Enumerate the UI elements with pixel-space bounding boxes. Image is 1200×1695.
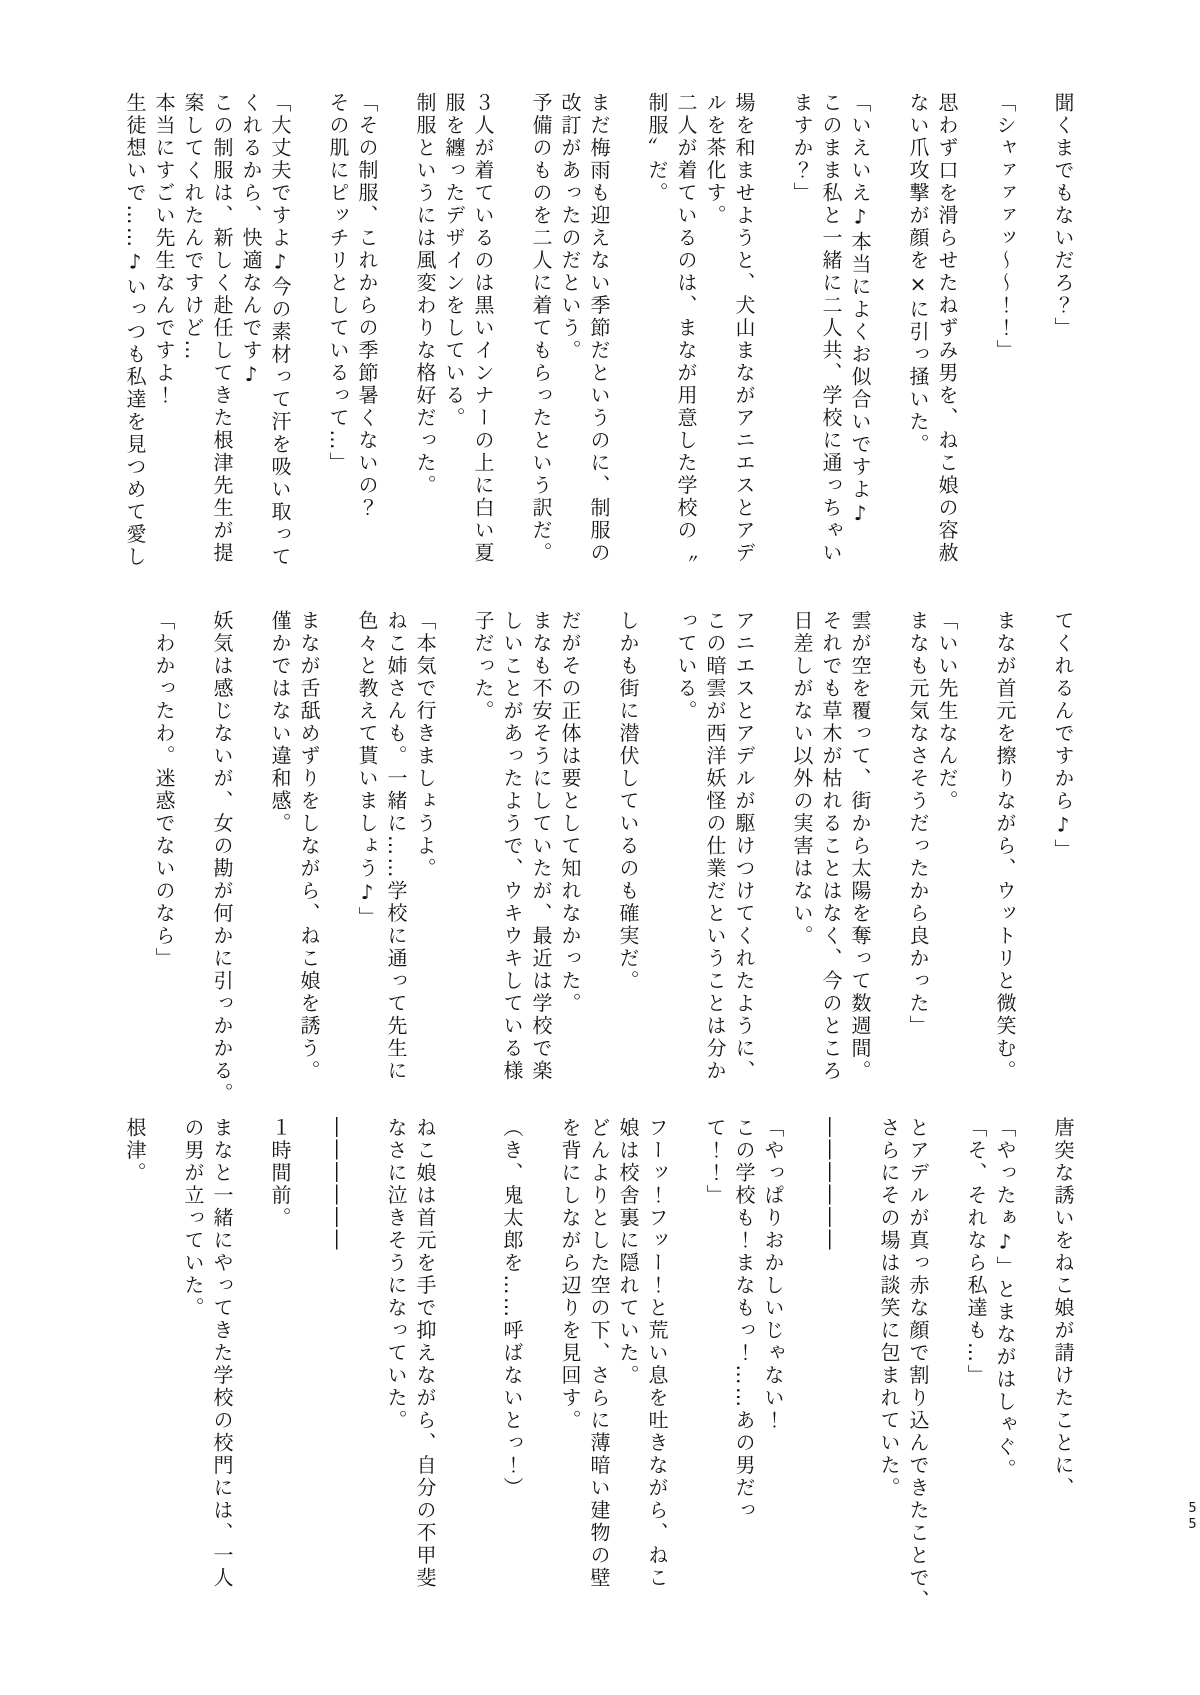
text-line: 生徒想いで……♪いっつも私達を見つめて愛し [120,92,149,569]
text-line: 服を纏ったデザインをしている。 [439,92,468,569]
paragraph: 「いい先生なんだ。まなも元気なさそうだったから良かった」 [903,610,961,1105]
paragraph: まなが首元を擦りながら、ウットリと微笑む。 [990,610,1019,1105]
text-line: 僅かではない違和感。 [265,610,294,1105]
paragraph: ねこ娘は首元を手で抑えながら、自分の不甲斐なさに泣きそうになっていた。 [381,1117,439,1612]
text-line: アニエスとアデルが駆けつけてくれたように、 [729,610,758,1105]
text-line: だがその正体は要として知れなかった。 [555,610,584,1105]
text-line: 子だった。 [468,610,497,1105]
text-line: 根津。 [120,1117,149,1612]
paragraph: 思わず口を滑らせたねずみ男を、ねこ娘の容赦ない爪攻撃が顔を×に引っ掻いた。 [903,92,961,569]
text-line: 案してくれたんですけど… [178,92,207,569]
text-line: まなが舌舐めずりをしながら、ねこ娘を誘う。 [294,610,323,1105]
text-line: 妖気は感じないが、女の勘が何かに引っかかる。 [207,610,236,1105]
text-line: ルを茶化す。 [700,92,729,569]
paragraph: フーッ！フッー！と荒い息を吐きながら、ねこ娘は校舎裏に隠れていた。どんよりとした… [555,1117,671,1612]
paragraph: 「いえいえ♪本当によくお似合いですよ♪このまま私と一緒に二人共、学校に通っちゃい… [787,92,874,569]
paragraph: 場を和ませようと、犬山まながアニエスとアデルを茶化す。二人が着ているのは、まなが… [642,92,758,569]
text-line: 予備のものを二人に着てもらったという訳だ。 [526,92,555,569]
text-line: まなも元気なさそうだったから良かった」 [903,610,932,1105]
text-line: まだ梅雨も迎えない季節だというのに、制服の [584,92,613,569]
text-line: 思わず口を滑らせたねずみ男を、ねこ娘の容赦 [932,92,961,569]
text-line: 本当にすごい先生なんですよ！ [149,92,178,569]
text-line: （き、鬼太郎を……呼ばないとっ！） [497,1117,526,1612]
doujin-novel-page: 聞くまでもないだろ？」「シャァァァッ〜〜！！」思わず口を滑らせたねずみ男を、ねこ… [0,0,1200,1695]
paragraph: ―――――― [323,1117,352,1612]
text-line: まなも不安そうにしていたが、最近は学校で楽 [526,610,555,1105]
text-line: 「やったぁ♪」とまながはしゃぐ。 [990,1117,1019,1612]
paragraph: まなと一緒にやってきた学校の校門には、一人の男が立っていた。 [178,1117,236,1612]
text-line: 「そ、それなら私達も…」 [961,1117,990,1612]
text-line: ねこ娘は首元を手で抑えながら、自分の不甲斐 [410,1117,439,1612]
paragraph: アニエスとアデルが駆けつけてくれたように、この暗雲が西洋妖怪の仕業だということは… [671,610,758,1105]
text-line: その肌にピッチリとしているって…」 [323,92,352,569]
text-line: この暗雲が西洋妖怪の仕業だということは分か [700,610,729,1105]
text-line: 制服〟だ。 [642,92,671,569]
paragraph: てくれるんですから♪」 [1048,610,1077,1105]
text-line: しいことがあったようで、ウキウキしている様 [497,610,526,1105]
paragraph: 唐突な誘いをねこ娘が請けたことに、 [1048,1117,1077,1612]
text-line: まなと一緒にやってきた学校の校門には、一人 [207,1117,236,1612]
page-number: 55 [1186,1501,1199,1533]
paragraph: 「その制服、これからの季節暑くないの？その肌にピッチリとしているって…」 [323,92,381,569]
text-line: どんよりとした空の下、さらに薄暗い建物の壁 [584,1117,613,1612]
text-line: ―――――― [323,1117,352,1612]
paragraph: 「わかったわ。迷惑でないのなら」 [149,610,178,1105]
paragraph: しかも街に潜伏しているのも確実だ。 [613,610,642,1105]
paragraph: １時間前。 [265,1117,294,1612]
paragraph: ３人が着ているのは黒いインナーの上に白い夏服を纏ったデザインをしている。制服とい… [410,92,497,569]
text-line: この学校も！まなもっ！……あの男だっ [729,1117,758,1612]
text-line: 色々と教えて貰いましょう♪」 [352,610,381,1105]
paragraph: 妖気は感じないが、女の勘が何かに引っかかる。 [207,610,236,1105]
text-line: しかも街に潜伏しているのも確実だ。 [613,610,642,1105]
text-line: ―――――― [816,1117,845,1612]
text-line: 娘は校舎裏に隠れていた。 [613,1117,642,1612]
text-band-bottom: 唐突な誘いをねこ娘が請けたことに、「やったぁ♪」とまながはしゃぐ。「そ、それなら… [120,1117,1077,1612]
text-line: くれるから、快適なんです♪ [236,92,265,569]
text-line: 制服というには風変わりな格好だった。 [410,92,439,569]
paragraph: 「本気で行きましょうよ。ねこ姉さんも。一緒に……学校に通って先生に色々と教えて貰… [352,610,439,1105]
paragraph: まだ梅雨も迎えない季節だというのに、制服の改訂があったのだという。予備のものを二… [526,92,613,569]
text-line: てくれるんですから♪」 [1048,610,1077,1105]
text-line: 二人が着ているのは、まなが用意した学校の〝 [671,92,700,569]
text-line: それでも草木が枯れることはなく、今のところ [816,610,845,1105]
text-line: ますか？」 [787,92,816,569]
paragraph: だがその正体は要として知れなかった。まなも不安そうにしていたが、最近は学校で楽し… [468,610,584,1105]
text-line: 「いい先生なんだ。 [932,610,961,1105]
text-line: 「わかったわ。迷惑でないのなら」 [149,610,178,1105]
text-line: とアデルが真っ赤な顔で割り込んできたことで、 [903,1117,932,1612]
text-line: フーッ！フッー！と荒い息を吐きながら、ねこ [642,1117,671,1612]
text-line: の男が立っていた。 [178,1117,207,1612]
text-line: っている。 [671,610,700,1105]
paragraph: とアデルが真っ赤な顔で割り込んできたことで、さらにその場は談笑に包まれていた。 [874,1117,932,1612]
text-line: 「大丈夫ですよ♪今の素材って汗を吸い取って [265,92,294,569]
text-line: ３人が着ているのは黒いインナーの上に白い夏 [468,92,497,569]
text-line: 改訂があったのだという。 [555,92,584,569]
paragraph: 根津。 [120,1117,149,1612]
text-line: 聞くまでもないだろ？」 [1048,92,1077,569]
paragraph: 「シャァァァッ〜〜！！」 [990,92,1019,569]
text-line: 「シャァァァッ〜〜！！」 [990,92,1019,569]
paragraph: 「やったぁ♪」とまながはしゃぐ。「そ、それなら私達も…」 [961,1117,1019,1612]
text-line: 雲が空を覆って、街から太陽を奪って数週間。 [845,610,874,1105]
text-band-top: 聞くまでもないだろ？」「シャァァァッ〜〜！！」思わず口を滑らせたねずみ男を、ねこ… [120,92,1077,569]
text-line: 「その制服、これからの季節暑くないの？ [352,92,381,569]
text-line: 唐突な誘いをねこ娘が請けたことに、 [1048,1117,1077,1612]
text-line: このまま私と一緒に二人共、学校に通っちゃい [816,92,845,569]
paragraph: 雲が空を覆って、街から太陽を奪って数週間。それでも草木が枯れることはなく、今のと… [787,610,874,1105]
text-line: て！！」 [700,1117,729,1612]
paragraph: まなが舌舐めずりをしながら、ねこ娘を誘う。僅かではない違和感。 [265,610,323,1105]
paragraph: 聞くまでもないだろ？」 [1048,92,1077,569]
text-line: １時間前。 [265,1117,294,1612]
text-line: 場を和ませようと、犬山まながアニエスとアデ [729,92,758,569]
text-band-middle: てくれるんですから♪」まなが首元を擦りながら、ウットリと微笑む。「いい先生なんだ… [149,610,1077,1105]
text-line: さらにその場は談笑に包まれていた。 [874,1117,903,1612]
text-line: 日差しがない以外の実害はない。 [787,610,816,1105]
paragraph: ―――――― [816,1117,845,1612]
paragraph: （き、鬼太郎を……呼ばないとっ！） [497,1117,526,1612]
text-line: ない爪攻撃が顔を×に引っ掻いた。 [903,92,932,569]
text-line: なさに泣きそうになっていた。 [381,1117,410,1612]
text-line: ねこ姉さんも。一緒に……学校に通って先生に [381,610,410,1105]
text-line: まなが首元を擦りながら、ウットリと微笑む。 [990,610,1019,1105]
paragraph: 「大丈夫ですよ♪今の素材って汗を吸い取ってくれるから、快適なんです♪この制服は、… [120,92,294,569]
text-line: この制服は、新しく赴任してきた根津先生が提 [207,92,236,569]
text-line: を背にしながら辺りを見回す。 [555,1117,584,1612]
text-line: 「いえいえ♪本当によくお似合いですよ♪ [845,92,874,569]
text-line: 「やっぱりおかしいじゃない！ [758,1117,787,1612]
text-line: 「本気で行きましょうよ。 [410,610,439,1105]
paragraph: 「やっぱりおかしいじゃない！この学校も！まなもっ！……あの男だって！！」 [700,1117,787,1612]
